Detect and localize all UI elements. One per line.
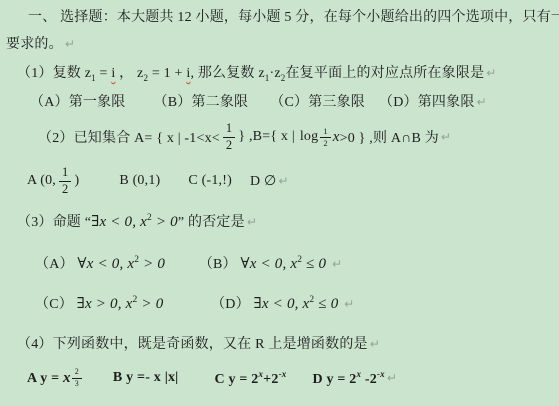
q1-text: ， z	[115, 66, 143, 81]
paragraph-mark-icon: ↵	[332, 257, 342, 271]
math-expression: ∃x > 0, x	[77, 296, 133, 312]
q1-option-b: （B）第二象限	[154, 95, 249, 110]
q3-options-row-2: （C） ∃x > 0, x2 > 0 （D） ∃x < 0, x2 ≤ 0 ↵	[35, 293, 354, 313]
q2-text: （2）已知集合 A= { x | -1<x<	[38, 127, 220, 147]
exponent: -x	[279, 369, 287, 379]
q3-option-b: （B） ∀x < 0, x2 ≤ 0	[199, 257, 326, 272]
q1-text: 在复平面上的对应点所在象限是	[285, 66, 484, 81]
fraction-denominator: 2	[223, 138, 235, 152]
paragraph-mark-icon: ↵	[344, 297, 354, 311]
q1-text: =	[96, 66, 112, 81]
math-expression: ≤ 0	[302, 256, 326, 272]
q3-option-a: （A） ∀x < 0, x2 > 0	[35, 257, 165, 272]
q3-text: ” 的否定是	[178, 215, 245, 230]
fraction: 12	[59, 166, 71, 195]
q4-text: （4）下列函数中，既是奇函数，又在 R 上是增函数的是	[17, 337, 368, 352]
option-text: C y = 2	[214, 372, 258, 387]
math-variable: x	[333, 129, 340, 146]
intro-text-2: 要求的。	[6, 37, 63, 52]
log-symbol: log	[300, 129, 319, 145]
q3-stem: （3）命题 “∃x < 0, x2 > 0” 的否定是↵	[17, 211, 257, 231]
option-label: （C）	[35, 297, 77, 312]
paragraph-mark-icon: ↵	[370, 337, 380, 351]
document-page: 一、 选择题：本大题共 12 小题，每小题 5 分，在每个小题给出的四个选项中，…	[0, 0, 559, 406]
q2-option-a-text: A (0,	[27, 173, 56, 188]
q1-option-a: （A）第一象限	[30, 95, 126, 110]
q3-text: （3）命题 “	[17, 215, 91, 230]
q2-option-c: C (-1,!)	[188, 173, 232, 189]
q2-option-a: A (0,	[27, 173, 56, 189]
q4-option-d: D y = 2x -2-x	[312, 369, 384, 388]
option-text: D y = 2	[312, 372, 356, 387]
math-variable: x	[63, 370, 71, 386]
q4-option-a: A y = x	[27, 370, 71, 387]
math-expression: ∃x < 0, x	[254, 296, 310, 312]
q1-text: （1）复数 z	[17, 66, 91, 81]
intro-line-2: 要求的。↵	[6, 33, 75, 53]
q1-text: = 1 +	[148, 66, 186, 81]
intro-line-1: 一、 选择题：本大题共 12 小题，每小题 5 分，在每个小题给出的四个选项中，…	[28, 6, 559, 26]
q3-option-d: （D） ∃x < 0, x2 ≤ 0	[211, 297, 338, 312]
paragraph-mark-icon: ↵	[486, 66, 496, 80]
math-expression: > 0	[139, 256, 165, 272]
option-label: A y =	[27, 371, 63, 386]
option-label: （D）	[211, 297, 253, 312]
exponent: -x	[377, 369, 385, 379]
q2-option-b: B (0,1)	[119, 173, 160, 189]
q4-stem: （4）下列函数中，既是奇函数，又在 R 上是增函数的是↵	[17, 333, 380, 353]
math-expression: > 0	[137, 296, 163, 312]
fraction-numerator: 2	[72, 368, 82, 378]
paragraph-mark-icon: ↵	[441, 130, 451, 144]
math-expression: ∀x < 0, x	[240, 256, 297, 272]
q2-text: >0 } ,则 A∩B 为	[340, 127, 439, 147]
q1-option-d: （D）第四象限	[379, 95, 475, 110]
math-expression: > 0	[152, 214, 178, 230]
fraction-denominator: 3	[72, 379, 82, 388]
option-text: -2	[361, 372, 377, 387]
q2-option-a-text: )	[74, 173, 79, 189]
q2-stem: （2）已知集合 A= { x | -1<x< 12 } ,B={ x | log…	[38, 113, 451, 161]
q2-option-d: D ∅	[250, 173, 276, 190]
option-text: +2	[263, 372, 278, 387]
math-expression: ∀x < 0, x	[77, 256, 134, 272]
math-expression: ≤ 0	[314, 296, 338, 312]
q4-options: A y = x 23 B y =- x |x| C y = 2x+2-x D y…	[27, 358, 397, 398]
paragraph-mark-icon: ↵	[278, 174, 288, 188]
q1-options: （A）第一象限（B）第二象限（C）第三象限（D）第四象限↵	[30, 91, 487, 111]
fraction-denominator: 2	[59, 182, 71, 196]
paragraph-mark-icon: ↵	[65, 37, 75, 51]
fraction-numerator: 1	[59, 166, 71, 181]
q4-option-c: C y = 2x+2-x	[214, 369, 286, 388]
q2-options: A (0, 12 ) B (0,1) C (-1,!) D ∅ ↵	[27, 160, 289, 202]
fraction-numerator: 1	[223, 122, 235, 137]
paragraph-mark-icon: ↵	[247, 215, 257, 229]
intro-text-1: 一、 选择题：本大题共 12 小题，每小题 5 分，在每个小题给出的四个选项中，…	[28, 10, 559, 25]
fraction-denominator: 2	[320, 138, 330, 148]
paragraph-mark-icon: ↵	[387, 371, 397, 385]
fraction: 12	[223, 122, 235, 151]
log-base-fraction: 12	[320, 127, 330, 148]
option-label: （B）	[199, 257, 241, 272]
fraction-numerator: 1	[320, 127, 330, 138]
q1-text: , 那么复数 z	[190, 66, 264, 81]
q4-option-b: B y =- x |x|	[113, 370, 179, 386]
math-expression: ∃x < 0, x	[91, 214, 147, 230]
option-label: （A）	[35, 257, 77, 272]
q2-text: } ,B={ x |	[238, 129, 294, 145]
exponent-fraction: 23	[72, 368, 82, 388]
q1-option-c: （C）第三象限	[270, 95, 365, 110]
q3-option-c: （C） ∃x > 0, x2 > 0	[35, 297, 163, 312]
q1-stem: （1）复数 z1 = i ， z2 = 1 + i, 那么复数 z1·z2在复平…	[17, 62, 497, 83]
paragraph-mark-icon: ↵	[477, 95, 487, 109]
q3-options-row-1: （A） ∀x < 0, x2 > 0 （B） ∀x < 0, x2 ≤ 0 ↵	[35, 253, 342, 273]
